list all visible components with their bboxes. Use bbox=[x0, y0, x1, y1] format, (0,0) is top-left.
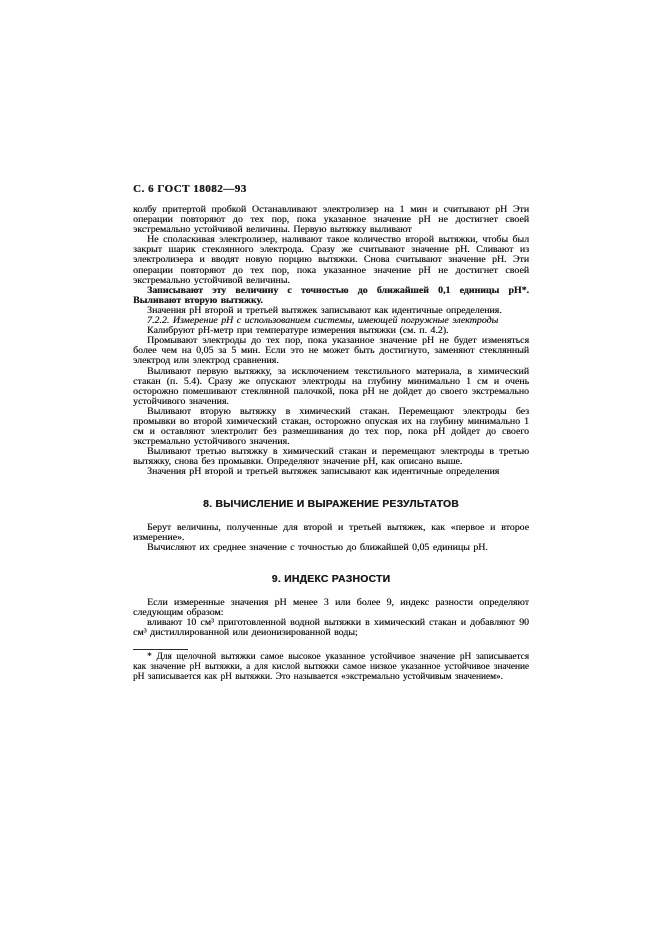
body-paragraph: Если измеренные значения pH менее 3 или … bbox=[133, 598, 529, 618]
section-heading-8: 8. ВЫЧИСЛЕНИЕ И ВЫРАЖЕНИЕ РЕЗУЛЬТАТОВ bbox=[133, 499, 529, 510]
document-page: С. 6 ГОСТ 18082—93 колбу притертой пробк… bbox=[0, 0, 661, 935]
page-header: С. 6 ГОСТ 18082—93 bbox=[133, 183, 529, 195]
body-paragraph: колбу притертой пробкой Останавливают эл… bbox=[133, 205, 529, 235]
section-heading-9: 9. ИНДЕКС РАЗНОСТИ bbox=[133, 574, 529, 585]
body-paragraph: Вычисляют их среднее значение с точность… bbox=[133, 543, 529, 553]
body-paragraph: Не споласкивая электролизер, наливают та… bbox=[133, 235, 529, 285]
body-paragraph: Записывают эту величину с точностью до б… bbox=[133, 286, 529, 306]
body-paragraph: Берут величины, полученные для второй и … bbox=[133, 523, 529, 543]
body-paragraph: вливают 10 см³ приготовленной водной выт… bbox=[133, 618, 529, 638]
body-paragraph: Значения pH второй и третьей вытяжек зап… bbox=[133, 467, 529, 477]
body-paragraph: Выливают первую вытяжку, за исключением … bbox=[133, 367, 529, 407]
footnote: * Для щелочной вытяжки самое высокое ука… bbox=[133, 653, 529, 683]
body-paragraph: Выливают третью вытяжку в химический ста… bbox=[133, 447, 529, 467]
page-content: С. 6 ГОСТ 18082—93 колбу притертой пробк… bbox=[133, 183, 529, 683]
body-paragraph: Выливают вторую вытяжку в химический ста… bbox=[133, 407, 529, 447]
footnote-separator bbox=[133, 649, 188, 650]
body-paragraph: Промывают электроды до тех пор, пока ука… bbox=[133, 336, 529, 366]
